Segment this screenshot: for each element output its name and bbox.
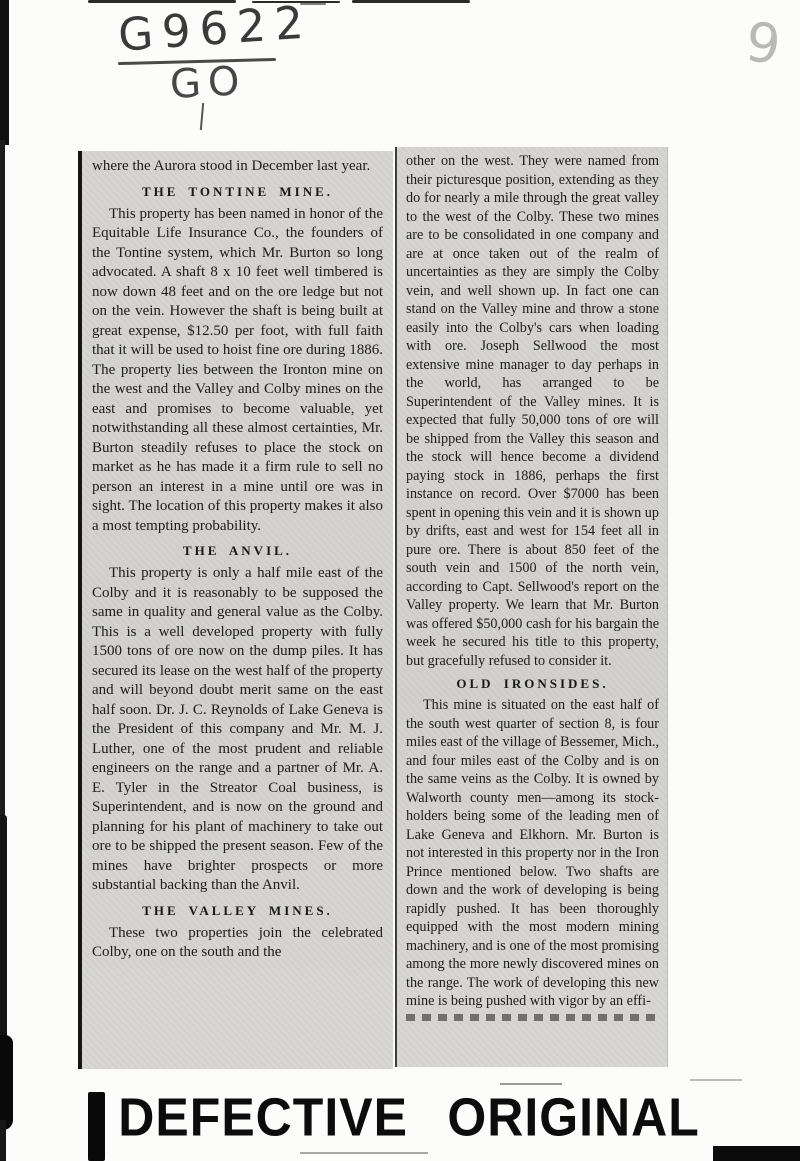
- newspaper-column-left: where the Aurora stood in December last …: [78, 151, 393, 1069]
- handwritten-initials: GO: [169, 58, 248, 108]
- scan-line-artifact: [690, 1079, 742, 1081]
- section-body-valley-mines: These two properties join the celebrated…: [92, 924, 383, 963]
- section-body-tontine-mine: This property has been named in honor of…: [92, 205, 383, 537]
- handwritten-tick-mark: [200, 103, 204, 130]
- scan-line-artifact: [500, 1083, 562, 1085]
- left-edge-scan-artifact: [0, 140, 5, 820]
- stamp-left-bar-artifact: [88, 1092, 105, 1161]
- left-edge-scan-artifact: [0, 1120, 6, 1161]
- continuation-paragraph: other on the west. They were named from …: [406, 152, 659, 670]
- defective-original-stamp: DEFECTIVE ORIGINAL: [106, 1085, 712, 1151]
- scan-line-artifact: [300, 1152, 428, 1154]
- top-edge-scan-artifact: [352, 0, 470, 3]
- section-heading-anvil: THE ANVIL.: [92, 543, 383, 559]
- scanned-archive-page: G9622 GO 9 where the Aurora stood in Dec…: [0, 0, 800, 1161]
- section-body-old-ironsides: This mine is situated on the east half o…: [406, 696, 659, 1011]
- left-edge-scan-artifact: [0, 1035, 13, 1130]
- section-heading-tontine-mine: THE TONTINE MINE.: [92, 184, 383, 200]
- bottom-right-bar-artifact: [713, 1146, 800, 1161]
- left-edge-scan-artifact: [0, 0, 9, 145]
- newspaper-column-right: other on the west. They were named from …: [395, 147, 668, 1067]
- section-body-anvil: This property is only a half mile east o…: [92, 564, 383, 896]
- handwritten-page-number: 9: [742, 10, 784, 77]
- section-heading-valley-mines: THE VALLEY MINES.: [92, 903, 383, 919]
- handwritten-catalog-code: G9622: [116, 0, 314, 62]
- defective-original-stamp-text: DEFECTIVE ORIGINAL: [118, 1087, 700, 1149]
- left-edge-scan-artifact: [0, 815, 7, 1045]
- torn-text-artifact: [406, 1014, 659, 1021]
- continuation-paragraph: where the Aurora stood in December last …: [92, 157, 383, 177]
- section-heading-old-ironsides: OLD IRONSIDES.: [406, 676, 659, 692]
